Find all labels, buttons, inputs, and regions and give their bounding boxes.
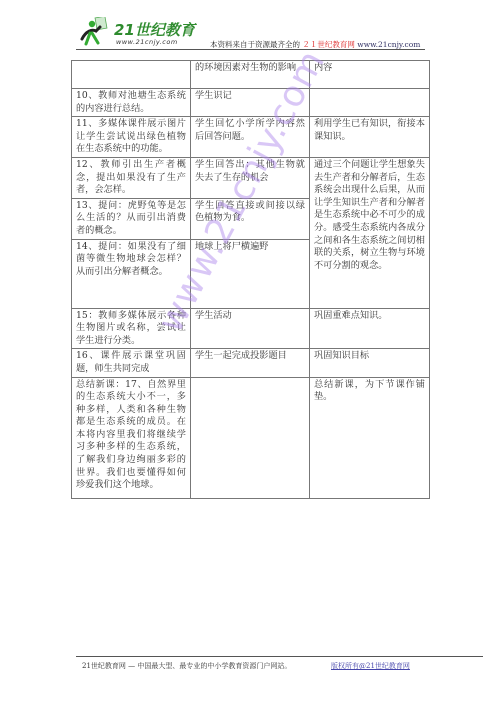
copyright-link[interactable]: 版权所有@21世纪教育网	[331, 661, 410, 671]
logo-url: www.21cnjy.com	[116, 38, 178, 46]
table-row: 11、多媒体课件展示图片让学生尝试说出绿色植物在生态系统中的功能。 学生回忆小学…	[72, 117, 430, 158]
table-row: 10、教师对池塘生态系统的内容进行总结。 学生识记	[72, 89, 430, 117]
teacher-activity-cell: 16、课件展示课堂巩固题，师生共同完成	[72, 349, 191, 377]
teacher-activity-cell: 14、提问：如果没有了细菌等微生物地球会怎样？从而引出分解者概念。	[72, 239, 191, 308]
footer-divider	[76, 656, 483, 657]
table-row: 15：教师多媒体展示各种生物图片或名称，尝试让学生进行分类。 学生活动 巩固重难…	[72, 308, 430, 349]
student-activity-cell: 学生回答直接或间接以绿色植物为食。	[191, 198, 310, 239]
student-activity-cell: 学生识记	[191, 89, 310, 117]
student-activity-cell: 地球上将尸横遍野	[191, 239, 310, 308]
runner-logo-icon	[78, 17, 112, 47]
table-row: 的环境因素对生物的影响 内容	[72, 61, 430, 89]
logo-title: 21世纪教育	[114, 19, 195, 40]
teacher-activity-cell: 10、教师对池塘生态系统的内容进行总结。	[72, 89, 191, 117]
teacher-activity-cell	[72, 61, 191, 89]
site-logo: 21世纪教育 www.21cnjy.com	[78, 13, 198, 49]
teacher-activity-cell: 11、多媒体课件展示图片让学生尝试说出绿色植物在生态系统中的功能。	[72, 117, 191, 158]
table-row: 总结新课：17、自然界里的生态系统大小不一，多种多样，人类和各种生物都是生态系统…	[72, 377, 430, 498]
table-row: 12、教师引出生产者概念，提出如果没有了生产者，会怎样。 学生回答出：其他生物就…	[72, 157, 430, 198]
teacher-activity-cell: 总结新课：17、自然界里的生态系统大小不一，多种多样，人类和各种生物都是生态系统…	[72, 377, 191, 498]
lesson-plan-table: 的环境因素对生物的影响 内容 10、教师对池塘生态系统的内容进行总结。 学生识记…	[71, 60, 430, 499]
student-activity-cell: 学生回忆小学所学内容然后回答问题。	[191, 117, 310, 158]
teacher-activity-cell: 12、教师引出生产者概念，提出如果没有了生产者，会怎样。	[72, 157, 191, 198]
design-intent-cell	[310, 89, 430, 117]
footer-tagline: 21世纪教育网 — 中国最大型、最专业的中小学教育资源门户网站。	[82, 661, 291, 671]
design-intent-cell: 利用学生已有知识，衔接本课知识。	[310, 117, 430, 158]
header-divider	[76, 49, 425, 50]
student-activity-cell: 的环境因素对生物的影响	[191, 61, 310, 89]
table-row: 16、课件展示课堂巩固题，师生共同完成 学生一起完成投影题目 巩固知识目标	[72, 349, 430, 377]
design-intent-cell: 巩固重难点知识。	[310, 308, 430, 349]
source-site: ２１世纪教育网	[302, 40, 355, 49]
teacher-activity-cell: 15：教师多媒体展示各种生物图片或名称，尝试让学生进行分类。	[72, 308, 191, 349]
design-intent-cell: 巩固知识目标	[310, 349, 430, 377]
student-activity-cell	[191, 377, 310, 498]
student-activity-cell: 学生活动	[191, 308, 310, 349]
design-intent-cell: 总结新课，为下节课作铺垫。	[310, 377, 430, 498]
design-intent-cell: 通过三个问题让学生想象失去生产者和分解者后，生态系统会出现什么后果，从而让学生知…	[310, 157, 430, 308]
teacher-activity-cell: 13、提问：虎野兔等是怎么生活的？从而引出消费者的概念。	[72, 198, 191, 239]
design-intent-cell: 内容	[310, 61, 430, 89]
source-prefix: 本资料来自于资源最齐全的	[210, 40, 300, 49]
student-activity-cell: 学生回答出：其他生物就失去了生存的机会	[191, 157, 310, 198]
student-activity-cell: 学生一起完成投影题目	[191, 349, 310, 377]
source-url-link[interactable]: www.21cnjy.com	[357, 40, 420, 49]
